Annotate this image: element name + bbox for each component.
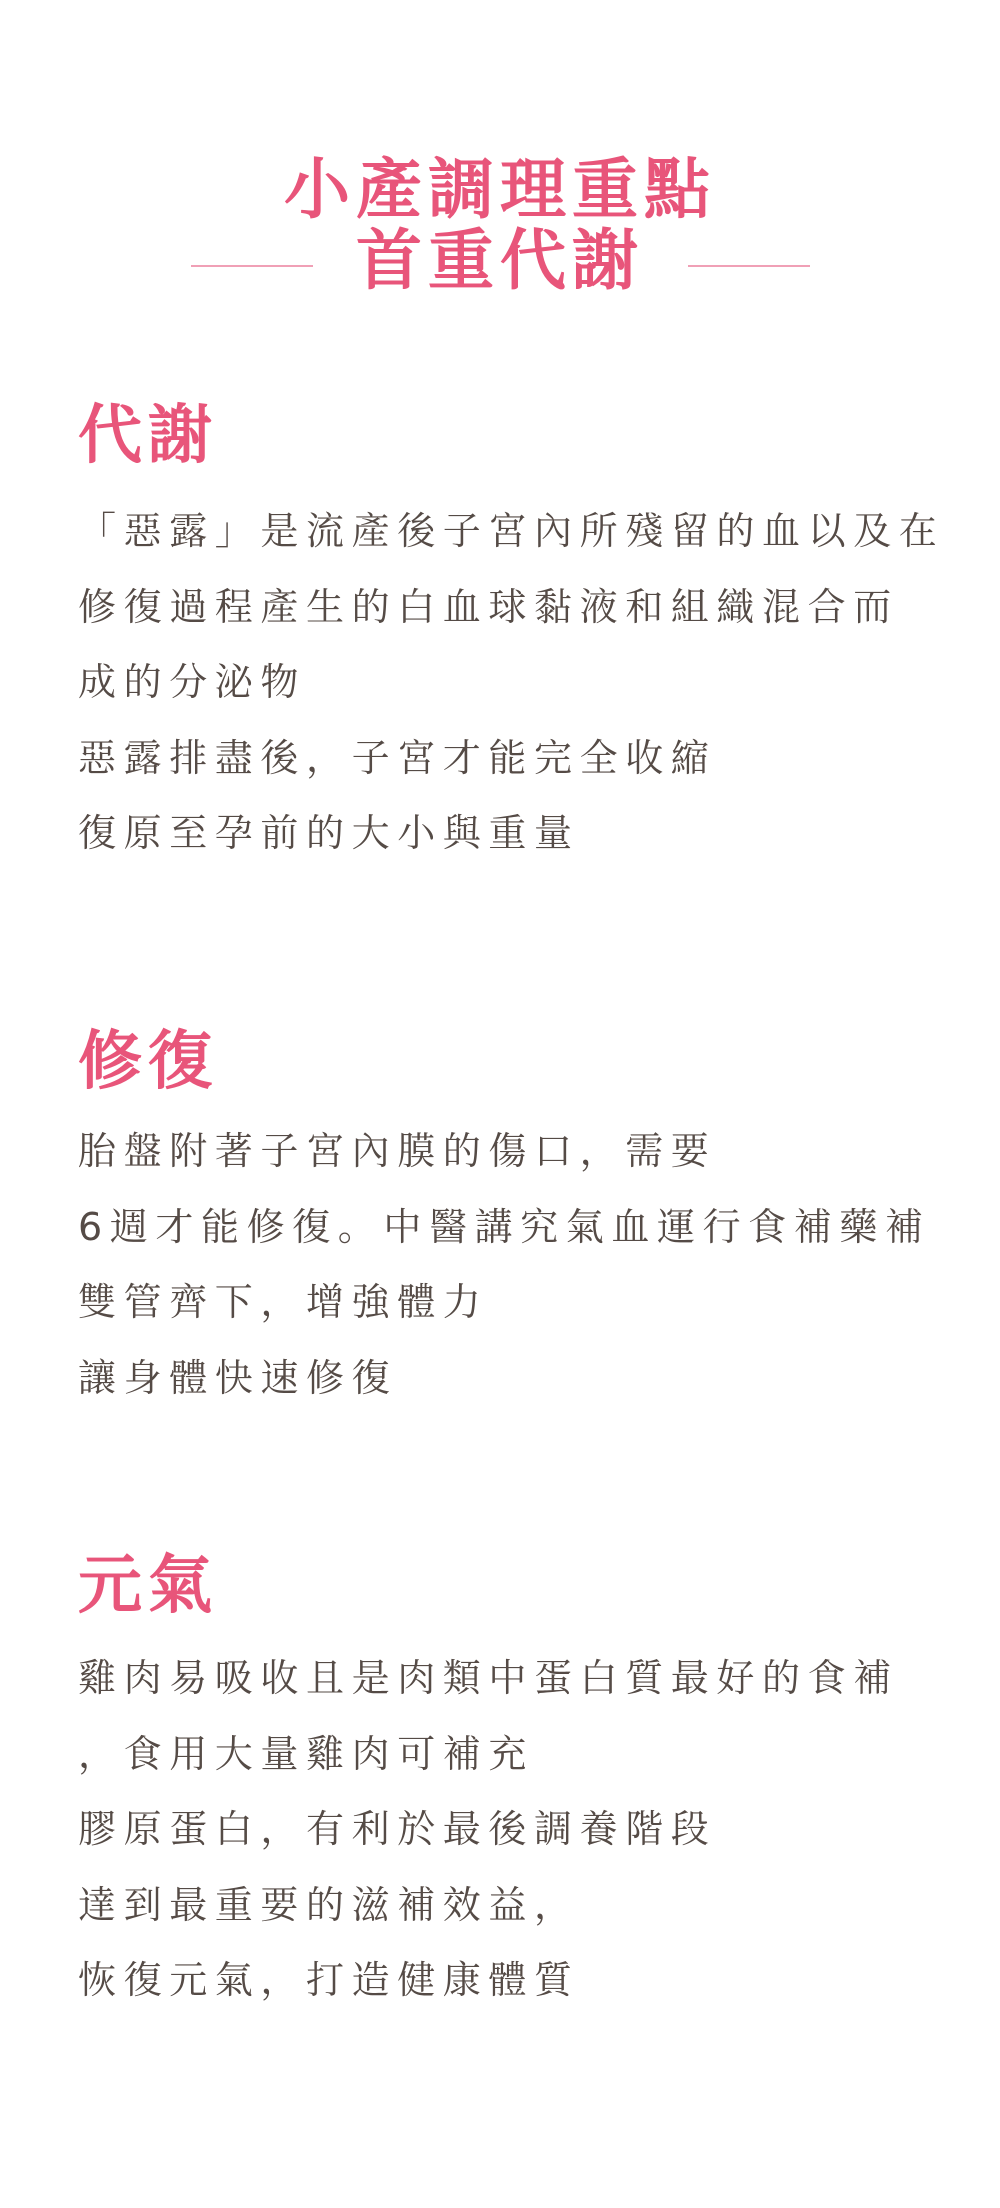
body-line: 雙管齊下，增強體力 — [78, 1265, 978, 1341]
article-page: 小產調理重點 首重代謝 代謝 「惡露」是流產後子宮內所殘留的血以及在 修復過程產… — [0, 0, 1000, 2208]
body-line: 惡露排盡後，子宮才能完全收縮 — [78, 721, 978, 797]
section-body: 雞肉易吸收且是肉類中蛋白質最好的食補 ，食用大量雞肉可補充 膠原蛋白，有利於最後… — [78, 1641, 978, 2019]
page-subtitle: 首重代謝 — [0, 215, 1000, 305]
section-body: 「惡露」是流產後子宮內所殘留的血以及在 修復過程產生的白血球黏液和組織混合而 成… — [78, 494, 978, 872]
body-line: ，食用大量雞肉可補充 — [78, 1717, 978, 1793]
body-line: 胎盤附著子宮內膜的傷口，需要 — [78, 1114, 978, 1190]
body-line: 「惡露」是流產後子宮內所殘留的血以及在 — [78, 494, 978, 570]
body-line: 修復過程產生的白血球黏液和組織混合而 — [78, 570, 978, 646]
body-line: 恢復元氣，打造健康體質 — [78, 1943, 978, 2019]
body-line: 6週才能修復。中醫講究氣血運行食補藥補 — [78, 1190, 978, 1266]
decorative-rule-right — [688, 265, 810, 267]
body-line: 復原至孕前的大小與重量 — [78, 796, 978, 872]
section-heading: 代謝 — [78, 396, 218, 476]
body-line: 膠原蛋白，有利於最後調養階段 — [78, 1792, 978, 1868]
body-line: 讓身體快速修復 — [78, 1341, 978, 1417]
body-line: 達到最重要的滋補效益， — [78, 1868, 978, 1944]
body-line: 成的分泌物 — [78, 645, 978, 721]
section-heading: 修復 — [78, 1022, 218, 1102]
section-heading: 元氣 — [78, 1546, 218, 1626]
section-body: 胎盤附著子宮內膜的傷口，需要 6週才能修復。中醫講究氣血運行食補藥補 雙管齊下，… — [78, 1114, 978, 1416]
subtitle-row: 首重代謝 — [0, 215, 1000, 305]
body-line: 雞肉易吸收且是肉類中蛋白質最好的食補 — [78, 1641, 978, 1717]
